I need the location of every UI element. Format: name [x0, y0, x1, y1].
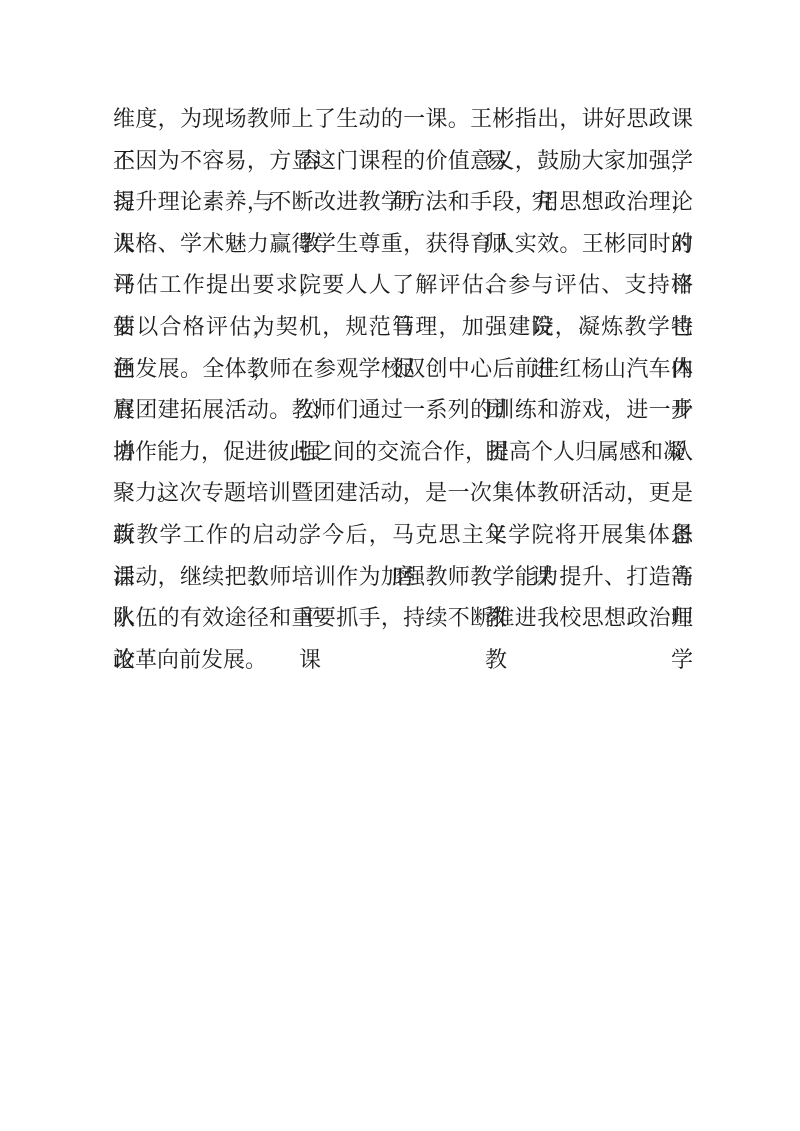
text-line: 正因为不容易，方显这门课程的价值意义，鼓励大家加强学习与研究，: [113, 141, 693, 183]
text-line: 要以合格评估为契机，规范管理，加强建设，凝炼教学特色，促进内: [113, 307, 693, 349]
text-line: 人格、学术魅力赢得学生尊重，获得育人实效。王彬同时对马院合格: [113, 224, 693, 266]
text-line: 维度，为现场教师上了生动的一课。王彬指出，讲好思政课不容易，: [113, 99, 693, 141]
text-line: 协作能力，促进彼此之间的交流合作，提高个人归属感和凝聚力。: [113, 432, 693, 474]
text-line: 提升理论素养，不断改进教学方法和手段，用思想政治理论课教师的: [113, 182, 693, 224]
text-line: 队伍的有效途径和重要抓手，持续不断推进我校思想政治理论课教学: [113, 598, 693, 640]
text-line: 展团建拓展活动。教师们通过一系列的训练和游戏，进一步增强团队: [113, 390, 693, 432]
text-line: 政教学工作的启动。今后，马克思主义学院将开展集体备课、磨课等: [113, 515, 693, 557]
text-line: 活动，继续把教师培训作为加强教师教学能力提升、打造高水平教师: [113, 557, 693, 599]
paragraph-2: 这次专题培训暨团建活动，是一次集体教研活动，更是新学年思 政教学工作的启动。今后…: [113, 473, 693, 681]
text-line: 评估工作提出要求，要人人了解评估、参与评估、支持评估，马院也: [113, 265, 693, 307]
paragraph-1: 维度，为现场教师上了生动的一课。王彬指出，讲好思政课不容易， 正因为不容易，方显…: [113, 99, 693, 473]
document-body-text: 维度，为现场教师上了生动的一课。王彬指出，讲好思政课不容易， 正因为不容易，方显…: [113, 99, 693, 681]
document-page: 维度，为现场教师上了生动的一课。王彬指出，讲好思政课不容易， 正因为不容易，方显…: [0, 0, 800, 1131]
text-line: 涵发展。全体教师在参观学校双创中心后前往红杨山汽车体育公园开: [113, 349, 693, 391]
text-line: 这次专题培训暨团建活动，是一次集体教研活动，更是新学年思: [113, 473, 693, 515]
